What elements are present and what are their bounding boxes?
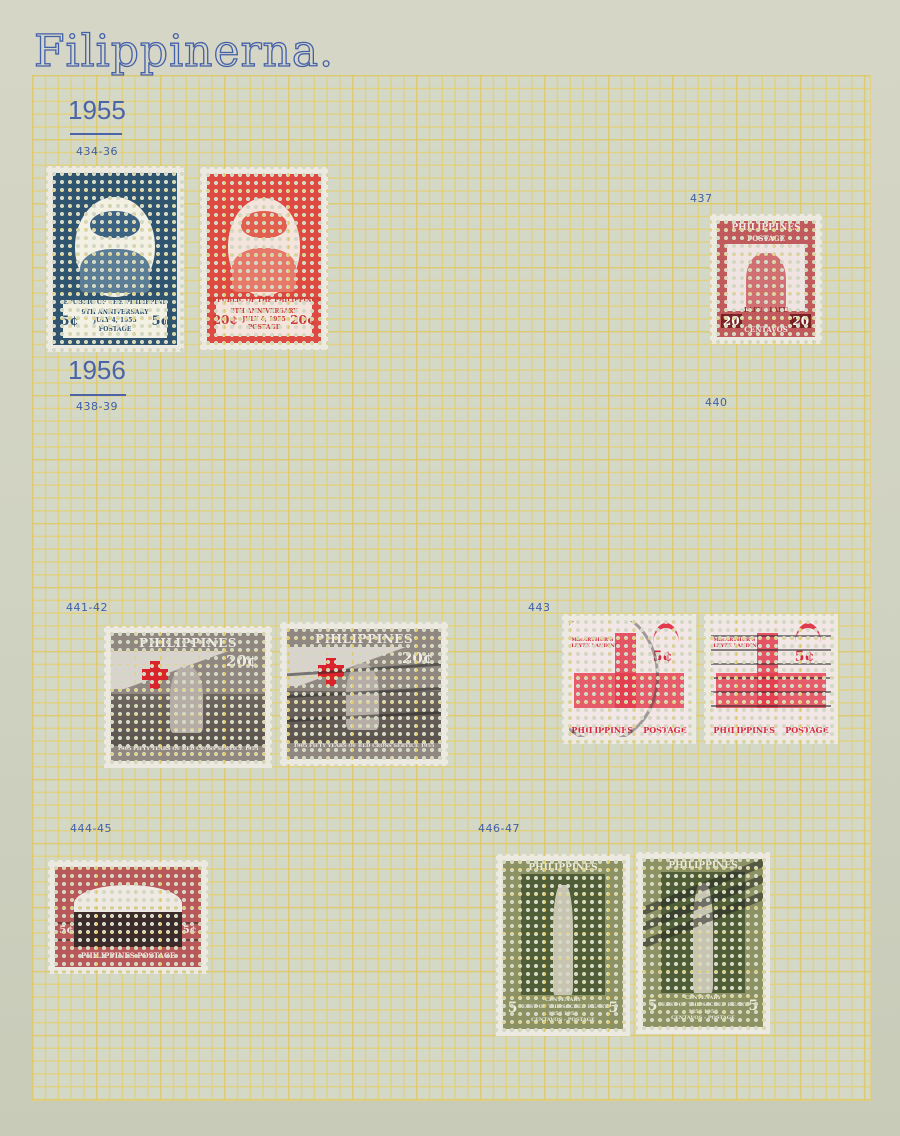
stamp-sacred-heart-5: PHILIPPINES CENTENARY FEAST OF THE SACRE… (636, 852, 770, 1034)
stamp-red-cross-20c: PHILIPPINES 20¢ 1905 FIFTY YEARS OF RED … (104, 626, 272, 768)
stamp-right-label: POSTAGE (643, 725, 686, 735)
stamp-caption: PHILIPPINES POSTAGE (55, 951, 201, 960)
stamp-left-label: PHILIPPINES (713, 725, 775, 735)
stamp-value: 20¢ (290, 313, 315, 327)
stamp-caption: 1905 FIFTY YEARS OF RED CROSS SERVICE 19… (111, 746, 265, 752)
stamp-country: PHILIPPINES (287, 632, 441, 646)
stamp-years: 1856 1956 (643, 1009, 763, 1015)
year-underline (70, 133, 122, 135)
stamp-magsaysay-5c: REPUBLIC OF THE PHILIPPINES 9TH ANNIVERS… (46, 166, 184, 352)
stamp-caption: LAPU - LAPU (717, 307, 815, 314)
stamp-years: 1856 1956 (503, 1011, 623, 1017)
stamp-country: PHILIPPINES (111, 636, 265, 650)
page-title: Filippinerna. (34, 26, 334, 77)
stamp-magsaysay-20c: REPUBLIC OF THE PHILIPPINES 9TH ANNIVERS… (200, 167, 328, 350)
year-1956: 1956 (68, 355, 126, 386)
stamp-value: 5 (608, 1000, 618, 1016)
stamp-subtitle: FEAST OF THE SACRED HEART (503, 1004, 623, 1010)
stamp-value: 20¢ (213, 313, 238, 327)
stamp-ust-5c: 5¢ 5¢ PHILIPPINES POSTAGE (48, 860, 208, 974)
stamp-value: 5 (648, 998, 658, 1014)
catalog-444-45: 444-45 (70, 822, 112, 835)
catalog-446-47: 446-47 (478, 822, 520, 835)
stamp-leyte-landing-5c: MacARTHUR'S LEYTE LANDING 5¢ PHILIPPINES… (562, 614, 696, 744)
year-underline (70, 394, 126, 396)
stamp-caption: 1905 FIFTY YEARS OF RED CROSS SERVICE 19… (287, 743, 441, 749)
stamp-value: 5¢ (59, 925, 73, 936)
stamp-country: REPUBLIC OF THE PHILIPPINES (53, 299, 177, 306)
stamp-country: PHILIPPINES (717, 223, 815, 233)
stamp-label: CENTAVOS - POSTAGE (643, 1015, 763, 1021)
stamp-caption: MacARTHUR'S LEYTE LANDING (713, 637, 761, 649)
stamp-label: POSTAGE (717, 234, 815, 243)
stamp-subtitle: FEAST OF THE SACRED HEART (643, 1002, 763, 1008)
album-page: Filippinerna. 1955 434-36 REPUBLIC OF TH… (0, 0, 900, 1136)
stamp-unit: CENTAVOS (717, 325, 815, 334)
catalog-440: 440 (705, 396, 728, 409)
stamp-country: REPUBLIC OF THE PHILIPPINES (207, 297, 321, 304)
stamp-right-label: POSTAGE (785, 725, 828, 735)
catalog-438-39: 438-39 (76, 400, 118, 413)
stamp-sacred-heart-5: PHILIPPINES CENTENARY FEAST OF THE SACRE… (496, 854, 630, 1036)
catalog-434-36: 434-36 (76, 145, 118, 158)
stamp-caption: CENTENARY (643, 995, 763, 1001)
stamp-value: 5¢ (60, 314, 78, 329)
stamp-value: 5 (508, 1000, 518, 1016)
stamp-value: 5¢ (151, 314, 169, 329)
stamp-caption: CENTENARY (503, 997, 623, 1003)
stamp-lapu-lapu-20: PHILIPPINES POSTAGE LAPU - LAPU 20 20 CE… (710, 214, 822, 344)
stamp-leyte-landing-5c: MacARTHUR'S LEYTE LANDING 5¢ PHILIPPINES… (704, 614, 838, 744)
stamp-red-cross-20c: PHILIPPINES 20¢ 1905 FIFTY YEARS OF RED … (280, 622, 448, 766)
catalog-441-42: 441-42 (66, 601, 108, 614)
catalog-437: 437 (690, 192, 713, 205)
stamp-label: CENTAVOS - POSTAGE (503, 1017, 623, 1023)
stamp-value: 20¢ (226, 652, 257, 670)
stamp-country: PHILIPPINES (503, 863, 623, 873)
catalog-443: 443 (528, 601, 551, 614)
stamp-value: 5 (748, 998, 758, 1014)
stamp-value: 5¢ (183, 925, 197, 936)
year-1955: 1955 (68, 95, 126, 126)
